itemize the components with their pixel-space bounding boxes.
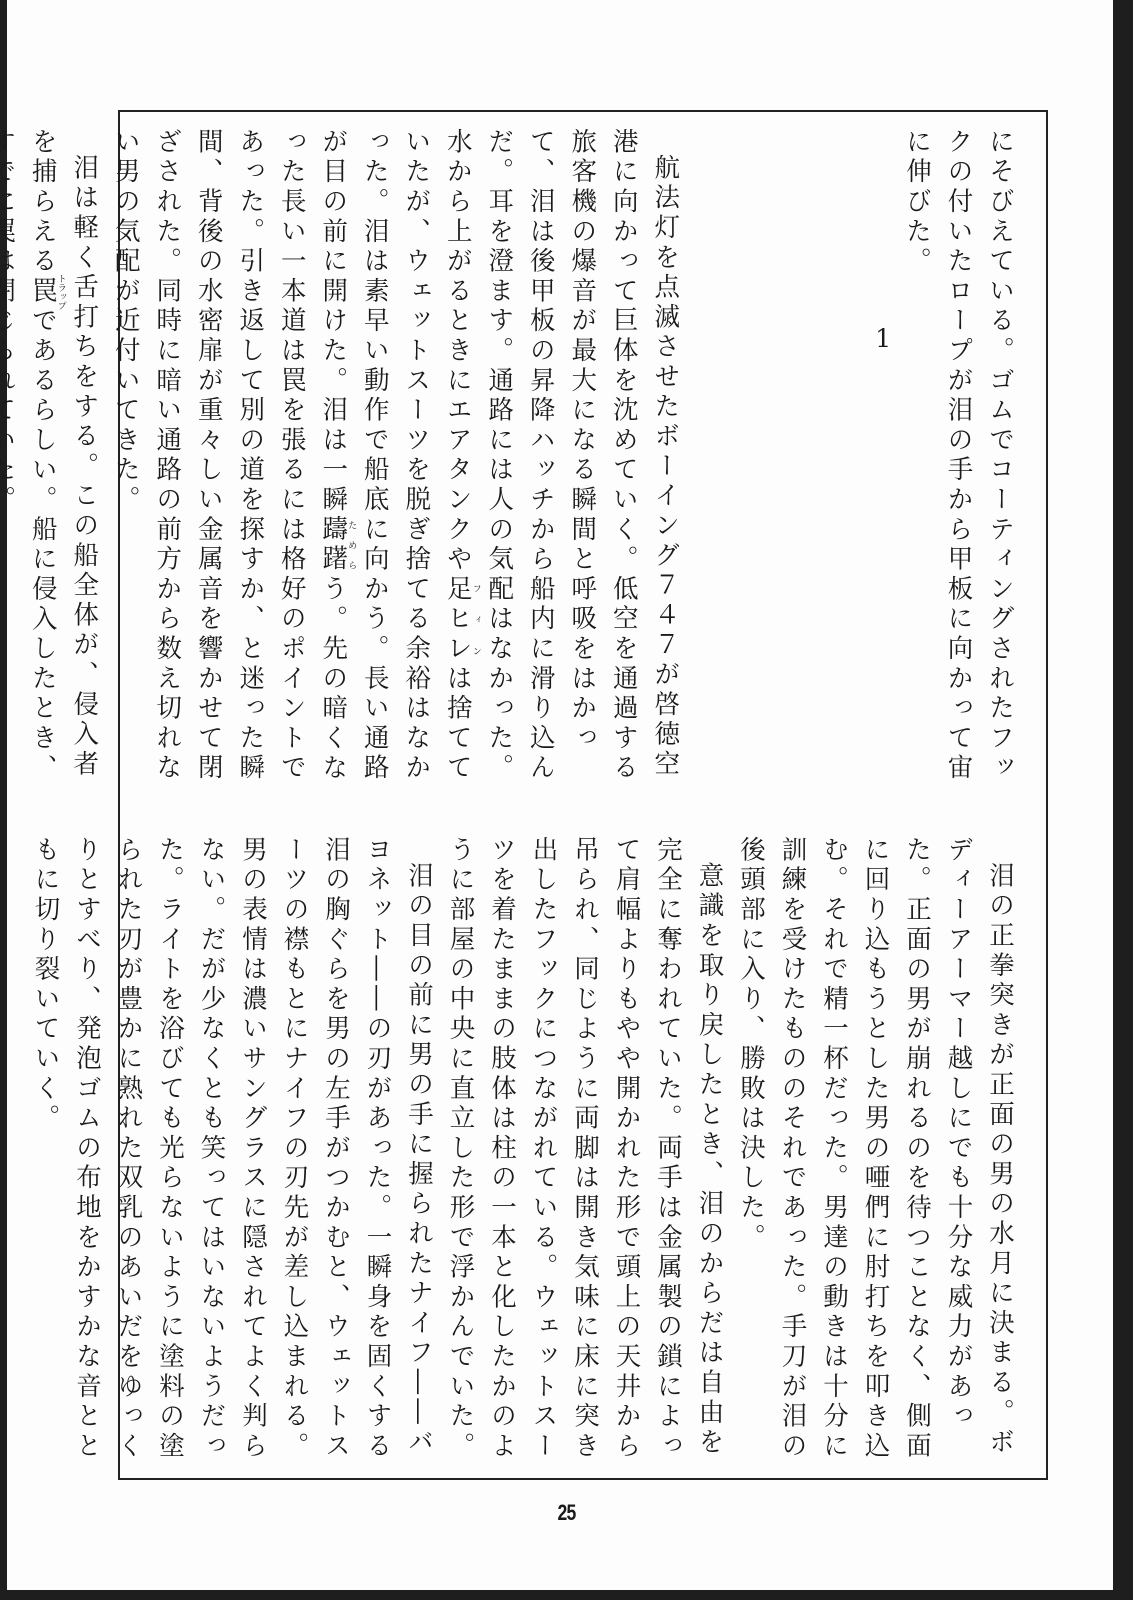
paragraph: 泪の目の前に男の手に握られたナイフ――バヨネット――の刃があった。一瞬身を固くす… bbox=[24, 836, 439, 1466]
page-number: 25 bbox=[113, 1500, 1019, 1526]
text-tier-bottom: 泪の正拳突きが正面の男の水月に決まる。ボディーアーマー越しにでも十分な威力があっ… bbox=[140, 836, 1020, 1466]
ruby-base: 罠 bbox=[28, 274, 58, 310]
ruby-annotation: 足ヒレフィン bbox=[443, 575, 473, 664]
text-tier-top: にそびえている。ゴムでコーティングされたフックの付いたロープが泪の手から甲板に向… bbox=[140, 128, 1020, 788]
ruby-base: 足ヒレ bbox=[443, 575, 473, 664]
ruby-text: ためら bbox=[346, 515, 356, 575]
chapter-heading: 1 bbox=[685, 128, 895, 788]
paragraph: にそびえている。ゴムでコーティングされたフックの付いたロープが泪の手から甲板に向… bbox=[896, 128, 1021, 788]
ruby-text: トラップ bbox=[56, 274, 66, 310]
scan-edge-right bbox=[1113, 0, 1133, 1600]
ruby-annotation: 躊躇ためら bbox=[318, 515, 348, 575]
ruby-base: 躊躇 bbox=[318, 515, 348, 575]
paragraph: 泪は軽く舌打ちをする。この船全体が、侵入者を捕らえる罠トラップであるらしい。船に… bbox=[0, 128, 104, 788]
scan-edge-bottom bbox=[0, 1590, 1133, 1600]
paragraph-text: う。先の暗くなった長い一本道は罠を張るには格好のポイントであった。引き返して別の… bbox=[111, 128, 349, 784]
chapter-number: 1 bbox=[685, 318, 895, 360]
paragraph-text: 航法灯を点滅させたボーイング７４７が啓徳空港に向かって巨体を沈めていく。低空を通… bbox=[443, 128, 681, 784]
ruby-annotation: 罠トラップ bbox=[28, 277, 58, 307]
paragraph: 泪の正拳突きが正面の男の水月に決まる。ボディーアーマー越しにでも十分な威力があっ… bbox=[730, 836, 1021, 1466]
paragraph: 航法灯を点滅させたボーイング７４７が啓徳空港に向かって巨体を沈めていく。低空を通… bbox=[104, 128, 685, 788]
ruby-text: フィン bbox=[471, 575, 481, 664]
paragraph: 意識を取り戻したとき、泪のからだは自由を完全に奪われていた。両手は金属製の鎖によ… bbox=[439, 836, 730, 1466]
